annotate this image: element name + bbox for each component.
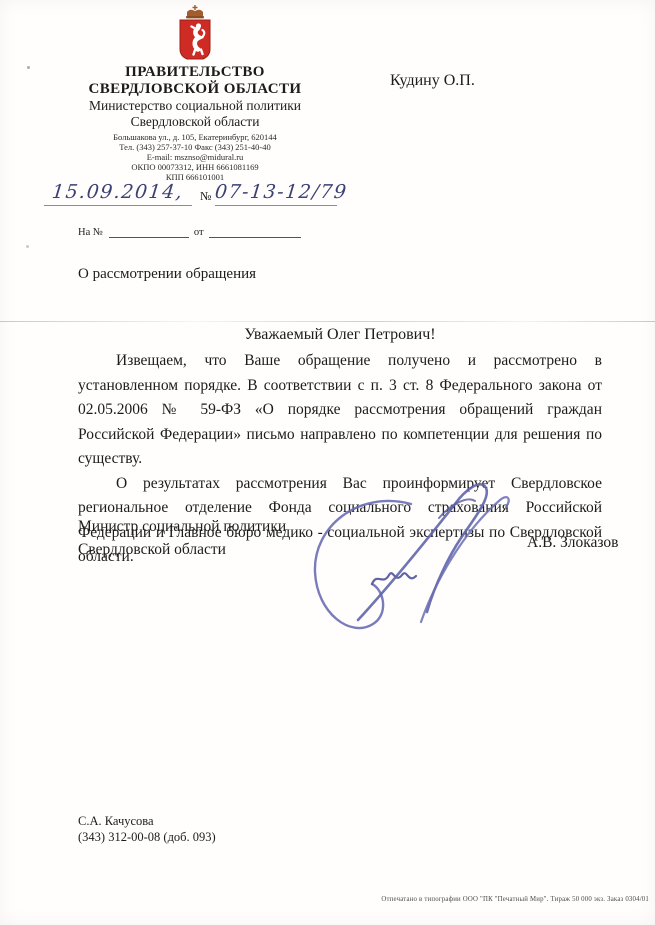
minister-signature-autograph — [303, 472, 521, 644]
ministry-name-line2: Свердловской области — [30, 114, 360, 130]
handwritten-number: 07-13-12/79 — [214, 181, 349, 203]
scanned-letter-page: ПРАВИТЕЛЬСТВО СВЕРДЛОВСКОЙ ОБЛАСТИ Минис… — [0, 0, 655, 925]
org-government-title: ПРАВИТЕЛЬСТВО — [30, 64, 360, 81]
sverdlovsk-coat-of-arms-icon — [171, 4, 219, 62]
reference-row: 15.09.2014,№07-13-12/79 — [44, 181, 337, 211]
org-okpo-inn: ОКПО 00073312, ИНН 6661081169 — [30, 162, 360, 172]
number-underline: 07-13-12/79 — [215, 181, 337, 206]
org-phone-fax: Тел. (343) 257-37-10 Факс (343) 251-40-4… — [30, 142, 360, 152]
subject-line: О рассмотрении обращения — [78, 266, 256, 283]
letterhead: ПРАВИТЕЛЬСТВО СВЕРДЛОВСКОЙ ОБЛАСТИ Минис… — [30, 4, 360, 182]
executor-name: С.А. Качусова — [78, 813, 216, 829]
date-underline: 15.09.2014, — [44, 181, 192, 206]
reply-from-label: от — [194, 227, 204, 238]
salutation: Уважаемый Олег Петрович! — [78, 326, 602, 344]
reply-reference-line: На №от — [78, 226, 301, 238]
executor-block: С.А. Качусова (343) 312-00-08 (доб. 093) — [78, 813, 216, 845]
signer-title-line1: Министр социальной политики — [78, 515, 286, 538]
ministry-name-line1: Министерство социальной политики — [30, 98, 360, 114]
print-house-footer: Отпечатано в типографии ООО "ПК "Печатны… — [381, 896, 649, 903]
handwritten-date: 15.09.2014, — [51, 181, 185, 203]
signer-title-line2: Свердловской области — [78, 538, 286, 561]
scan-speck — [26, 245, 29, 248]
signer-name: А.В. Злоказов — [527, 534, 618, 552]
signer-title: Министр социальной политики Свердловской… — [78, 515, 286, 561]
org-region-title: СВЕРДЛОВСКОЙ ОБЛАСТИ — [30, 81, 360, 98]
body-paragraph-1: Извещаем, что Ваше обращение получено и … — [78, 349, 602, 472]
org-address: Большакова ул., д. 105, Екатеринбург, 62… — [30, 132, 360, 142]
reply-number-label: На № — [78, 227, 103, 238]
reply-date-blank — [209, 226, 301, 238]
executor-phone: (343) 312-00-08 (доб. 093) — [78, 829, 216, 845]
number-sign: № — [200, 189, 211, 204]
org-email: E-mail: msznso@midural.ru — [30, 152, 360, 162]
scan-speck — [27, 66, 30, 69]
reply-number-blank — [109, 226, 189, 238]
scan-crease-line — [0, 321, 655, 322]
org-details: Большакова ул., д. 105, Екатеринбург, 62… — [30, 132, 360, 182]
recipient-name: Кудину О.П. — [390, 72, 475, 90]
